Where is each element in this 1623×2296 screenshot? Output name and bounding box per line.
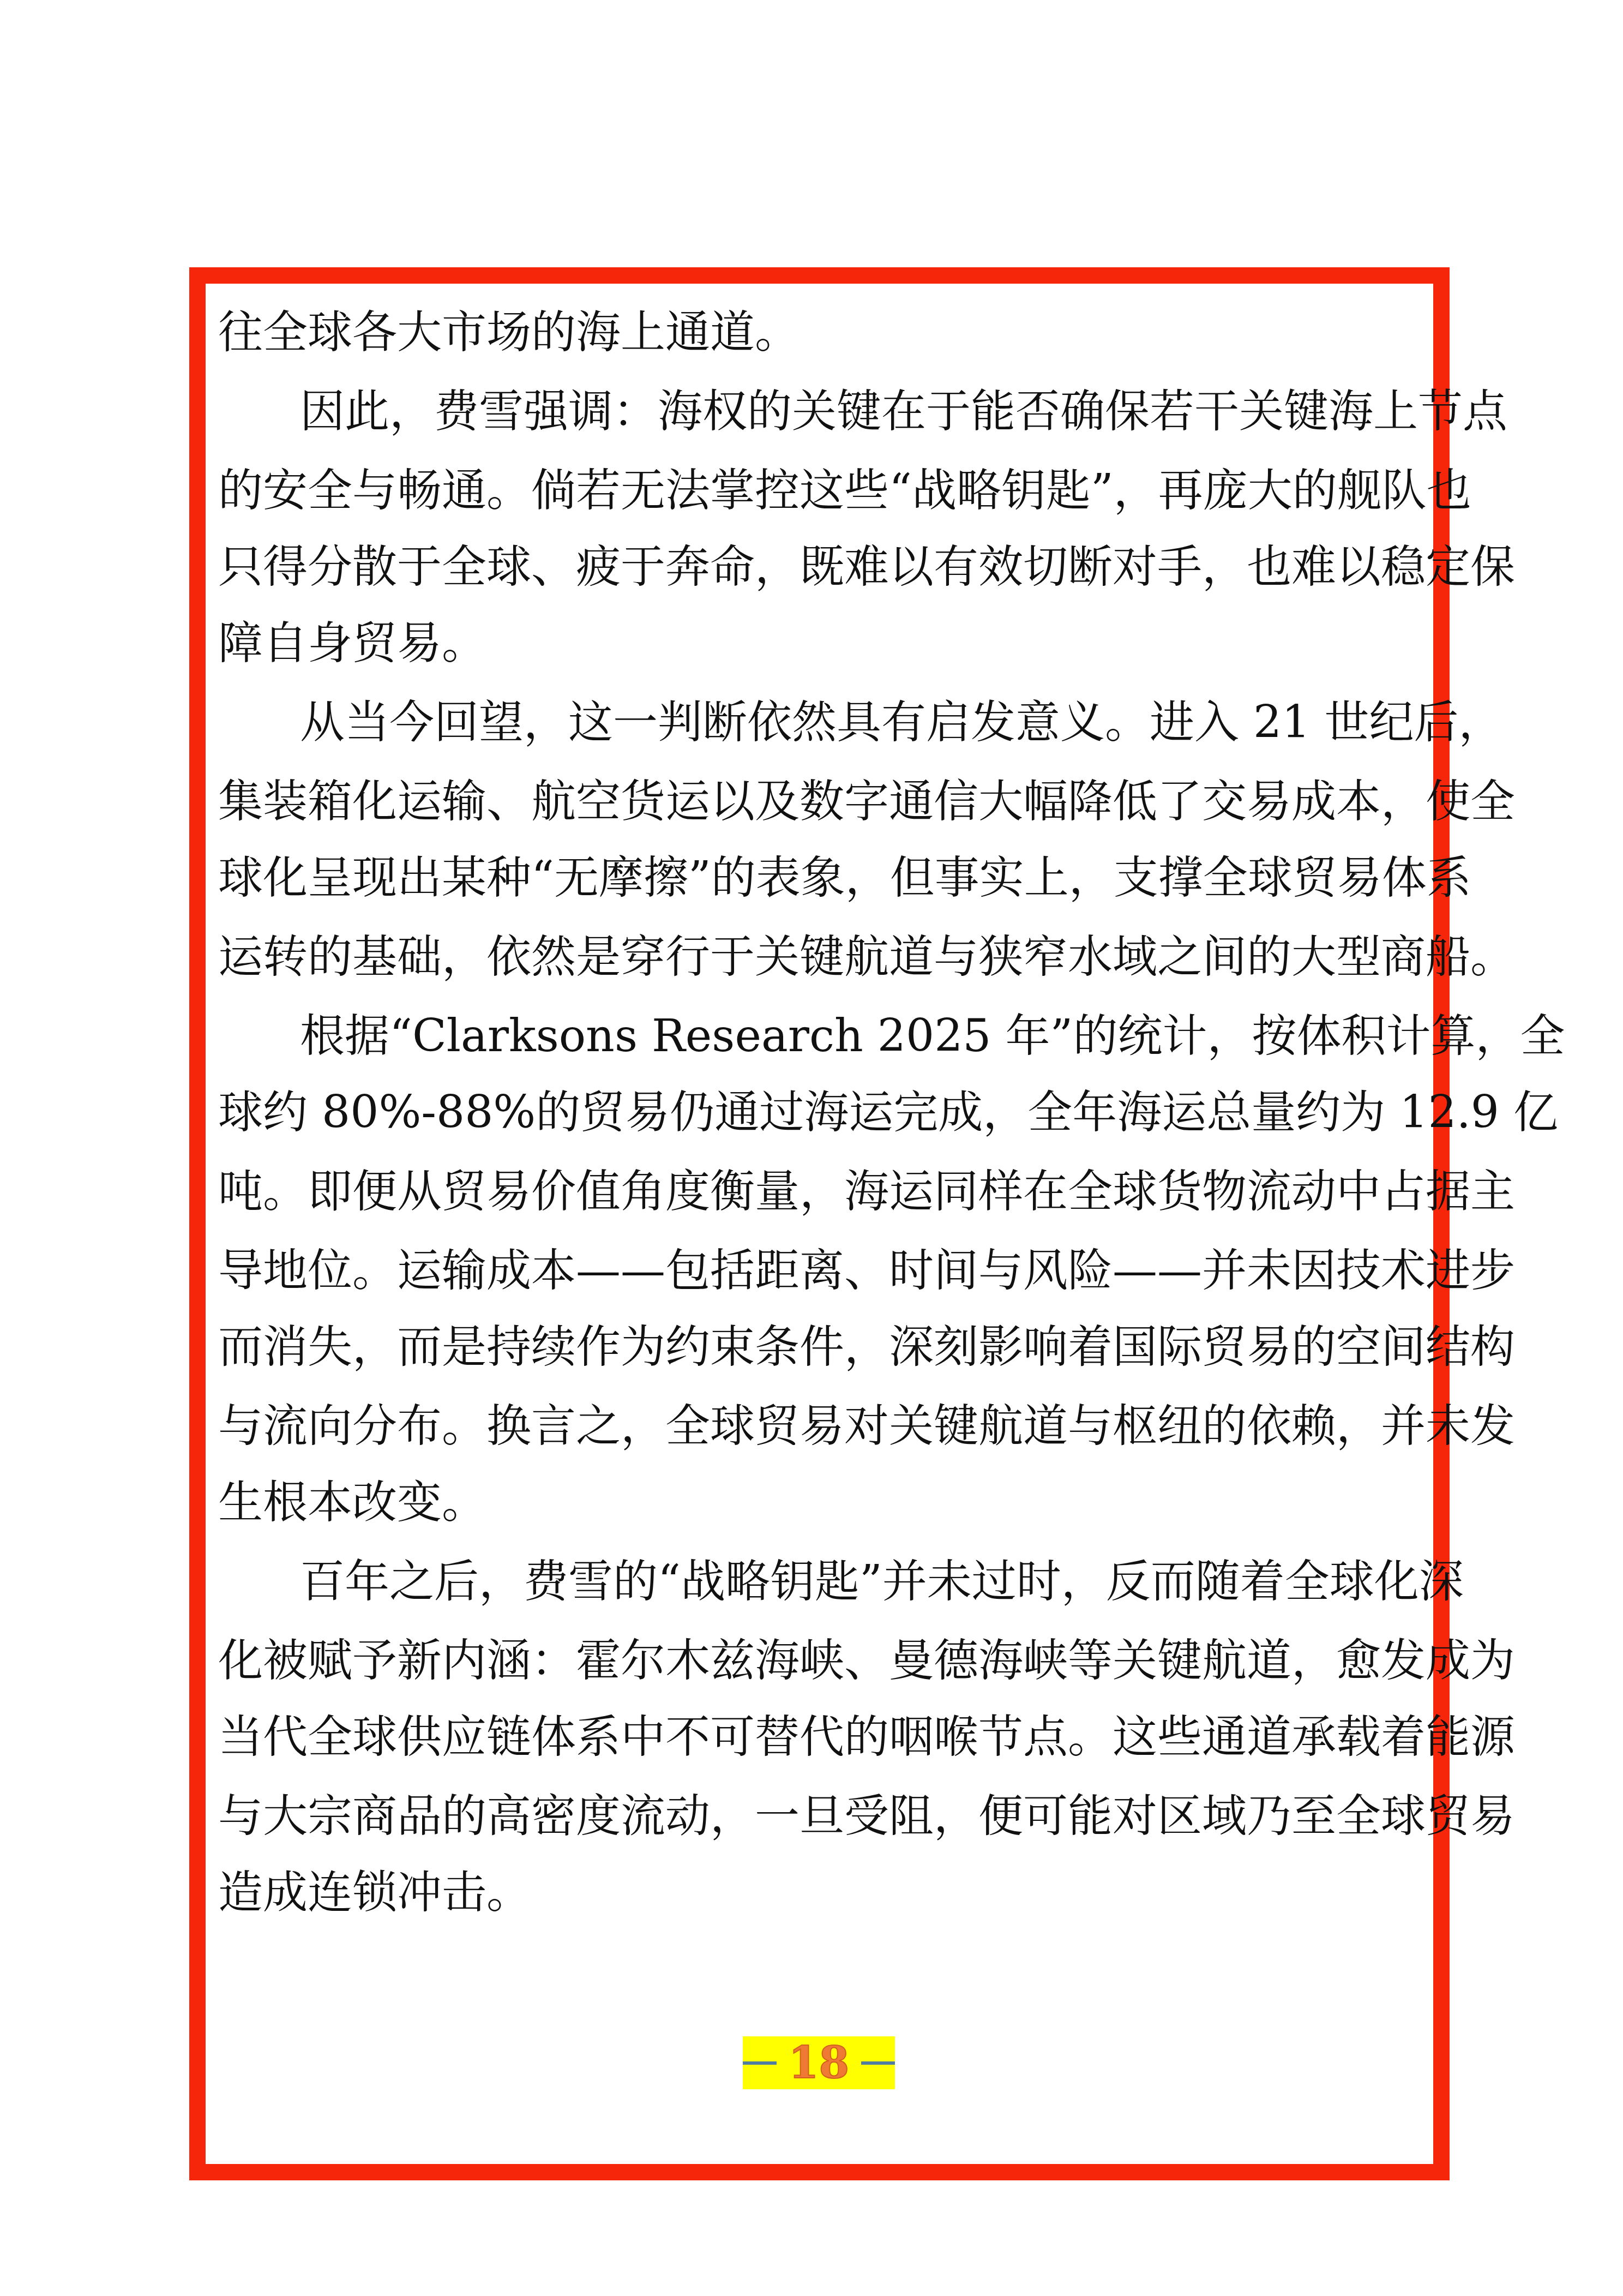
text-line: 运转的基础，依然是穿行于关键航道与狭窄水域之间的大型商船。 (218, 922, 1388, 993)
text-line: 当代全球供应链体系中不可替代的咽喉节点。这些通道承载着能源 (218, 1702, 1388, 1773)
text-line: 集装箱化运输、航空货运以及数字通信大幅降低了交易成本，使全 (218, 766, 1388, 837)
text-line: 因此，费雪强调：海权的关键在于能否确保若干关键海上节点 (300, 376, 1388, 447)
text-line: 从当今回望，这一判断依然具有启发意义。进入 21 世纪后， (300, 687, 1388, 758)
text-line: 与流向分布。换言之，全球贸易对关键航道与枢纽的依赖，并未发 (218, 1391, 1388, 1462)
text-line: 而消失，而是持续作为约束条件，深刻影响着国际贸易的空间结构 (218, 1312, 1388, 1383)
text-line: 的安全与畅通。倘若无法掌控这些“战略钥匙”，再庞大的舰队也 (218, 455, 1388, 526)
text-line: 造成连锁冲击。 (218, 1857, 1388, 1928)
text-line: 只得分散于全球、疲于奔命，既难以有效切断对手，也难以稳定保 (218, 532, 1388, 603)
text-line: 障自身贸易。 (218, 608, 1388, 679)
text-line: 往全球各大市场的海上通道。 (218, 297, 1388, 368)
text-line: 化被赋予新内涵：霍尔木兹海峡、曼德海峡等关键航道，愈发成为 (218, 1626, 1388, 1696)
page-number-badge: 18 (743, 2036, 895, 2089)
text-line: 球化呈现出某种“无摩擦”的表象，但事实上，支撑全球贸易体系 (218, 843, 1388, 914)
text-line: 导地位。运输成本——包括距离、时间与风险——并未因技术进步 (218, 1236, 1388, 1306)
dash-right-decoration (861, 2061, 895, 2065)
text-line: 生根本改变。 (218, 1467, 1388, 1538)
text-line: 百年之后，费雪的“战略钥匙”并未过时，反而随着全球化深 (300, 1546, 1388, 1617)
text-line: 球约 80%-88%的贸易仍通过海运完成，全年海运总量约为 12.9 亿 (218, 1077, 1388, 1148)
dash-left-decoration (743, 2061, 777, 2065)
text-line: 吨。即便从贸易价值角度衡量，海运同样在全球货物流动中占据主 (218, 1156, 1388, 1227)
text-line: 根据“Clarksons Research 2025 年”的统计，按体积计算，全 (300, 1001, 1388, 1072)
page-number: 18 (789, 2036, 849, 2089)
text-line: 与大宗商品的高密度流动，一旦受阻，便可能对区域乃至全球贸易 (218, 1781, 1388, 1852)
